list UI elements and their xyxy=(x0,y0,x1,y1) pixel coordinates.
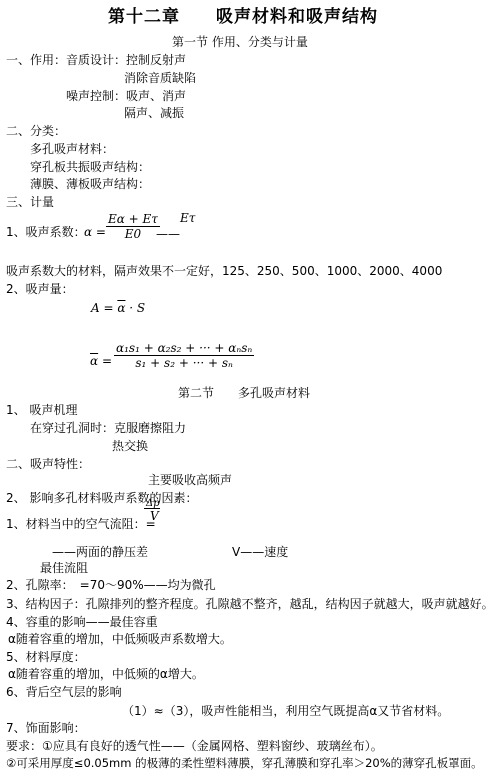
formula-lhs: A = xyxy=(91,301,117,315)
static-pressure-note: ——两面的静压差 xyxy=(52,545,148,559)
air-layer-note: （1）≈（3），吸声性能相当，利用空气既提高α又节省材料。 xyxy=(122,704,449,718)
absorption-coefficient-fraction: Eα + Eτ E0 xyxy=(106,212,160,241)
measurement-heading: 三、计量 xyxy=(6,195,54,209)
bulk-density-heading: 4、容重的影响——最佳容重 xyxy=(6,615,158,629)
flow-resistance-label: 1、材料当中的空气流阻：= xyxy=(6,517,156,531)
chapter-title: 第十二章 吸声材料和吸声结构 xyxy=(108,7,378,27)
velocity-note: V——速度 xyxy=(232,545,288,559)
mechanism-heading: 1、 吸声机理 xyxy=(6,403,77,417)
factors-heading: 2、 影响多孔材料吸声系数的因素： xyxy=(6,491,197,505)
mean-alpha-symbol: α xyxy=(90,354,98,368)
formula-dash: —— xyxy=(156,227,180,241)
finish-heading: 7、饰面影响： xyxy=(6,721,86,735)
mechanism-line-1: 在穿过孔洞时：克服磨擦阻力 xyxy=(30,421,186,435)
thickness-heading: 5、材料厚度： xyxy=(6,650,86,664)
mechanism-line-2: 热交换 xyxy=(112,439,148,453)
mean-alpha-equals: = xyxy=(102,354,112,368)
mean-alpha-fraction: α₁s₁ + α₂s₂ + ··· + αₙsₙ s₁ + s₂ + ··· +… xyxy=(114,341,254,370)
purpose-line-1: 一、作用：音质设计：控制反射声 xyxy=(6,53,186,67)
purpose-line-4: 隔声、减振 xyxy=(124,106,184,120)
porosity-line: 2、孔隙率： =70～90%——均为微孔 xyxy=(6,578,216,592)
absorption-amount-formula: A = α · S xyxy=(91,301,145,315)
thickness-note: α随着容重的增加，中低频的α增大。 xyxy=(8,667,204,681)
formula-superscript: Eτ xyxy=(180,211,195,225)
optimal-flow-resistance: 最佳流阻 xyxy=(40,561,88,575)
section-2-title: 第二节 多孔吸声材料 xyxy=(178,386,310,400)
purpose-line-2: 消除音质缺陷 xyxy=(124,71,196,85)
formula-rhs: · S xyxy=(125,301,145,315)
section-1-title: 第一节 作用、分类与计量 xyxy=(172,35,308,49)
finish-requirement-1: 要求：①应具有良好的透气性——（金属网格、塑料窗纱、玻璃丝布）。 xyxy=(6,739,383,753)
characteristics-heading: 二、吸声特性： xyxy=(6,457,90,471)
classification-heading: 二、分类： xyxy=(6,124,66,138)
alpha-lhs: α = xyxy=(84,225,106,239)
absorption-coefficient-label: 1、吸声系数： xyxy=(6,225,86,239)
fraction-denominator: s₁ + s₂ + ··· + sₙ xyxy=(135,356,232,370)
classification-item: 多孔吸声材料： xyxy=(30,142,114,156)
finish-requirement-2: ②可采用厚度≤0.05mm 的极薄的柔性塑料薄膜，穿孔薄膜和穿孔率＞20%的薄穿… xyxy=(6,756,483,770)
fraction-numerator: α₁s₁ + α₂s₂ + ··· + αₙsₙ xyxy=(114,341,254,355)
classification-item: 薄膜、薄板吸声结构： xyxy=(30,177,150,191)
absorption-amount-label: 2、吸声量： xyxy=(6,282,74,296)
classification-item: 穿孔板共振吸声结构： xyxy=(30,160,150,174)
characteristics-line: 主要吸收高频声 xyxy=(148,473,232,487)
absorption-note: 吸声系数大的材料，隔声效果不一定好，125、250、500、1000、2000、… xyxy=(6,264,442,278)
purpose-line-3: 噪声控制：吸声、消声 xyxy=(66,89,186,103)
air-layer-heading: 6、背后空气层的影响 xyxy=(6,685,122,699)
fraction-denominator: E0 xyxy=(125,227,141,241)
bulk-density-note: α随着容重的增加，中低频吸声系数增大。 xyxy=(8,632,232,646)
structure-factor-line: 3、结构因子：孔隙排列的整齐程度。孔隙越不整齐，越乱，结构因子就越大，吸声就越好… xyxy=(6,597,488,611)
fraction-numerator: Eα + Eτ xyxy=(106,212,160,226)
